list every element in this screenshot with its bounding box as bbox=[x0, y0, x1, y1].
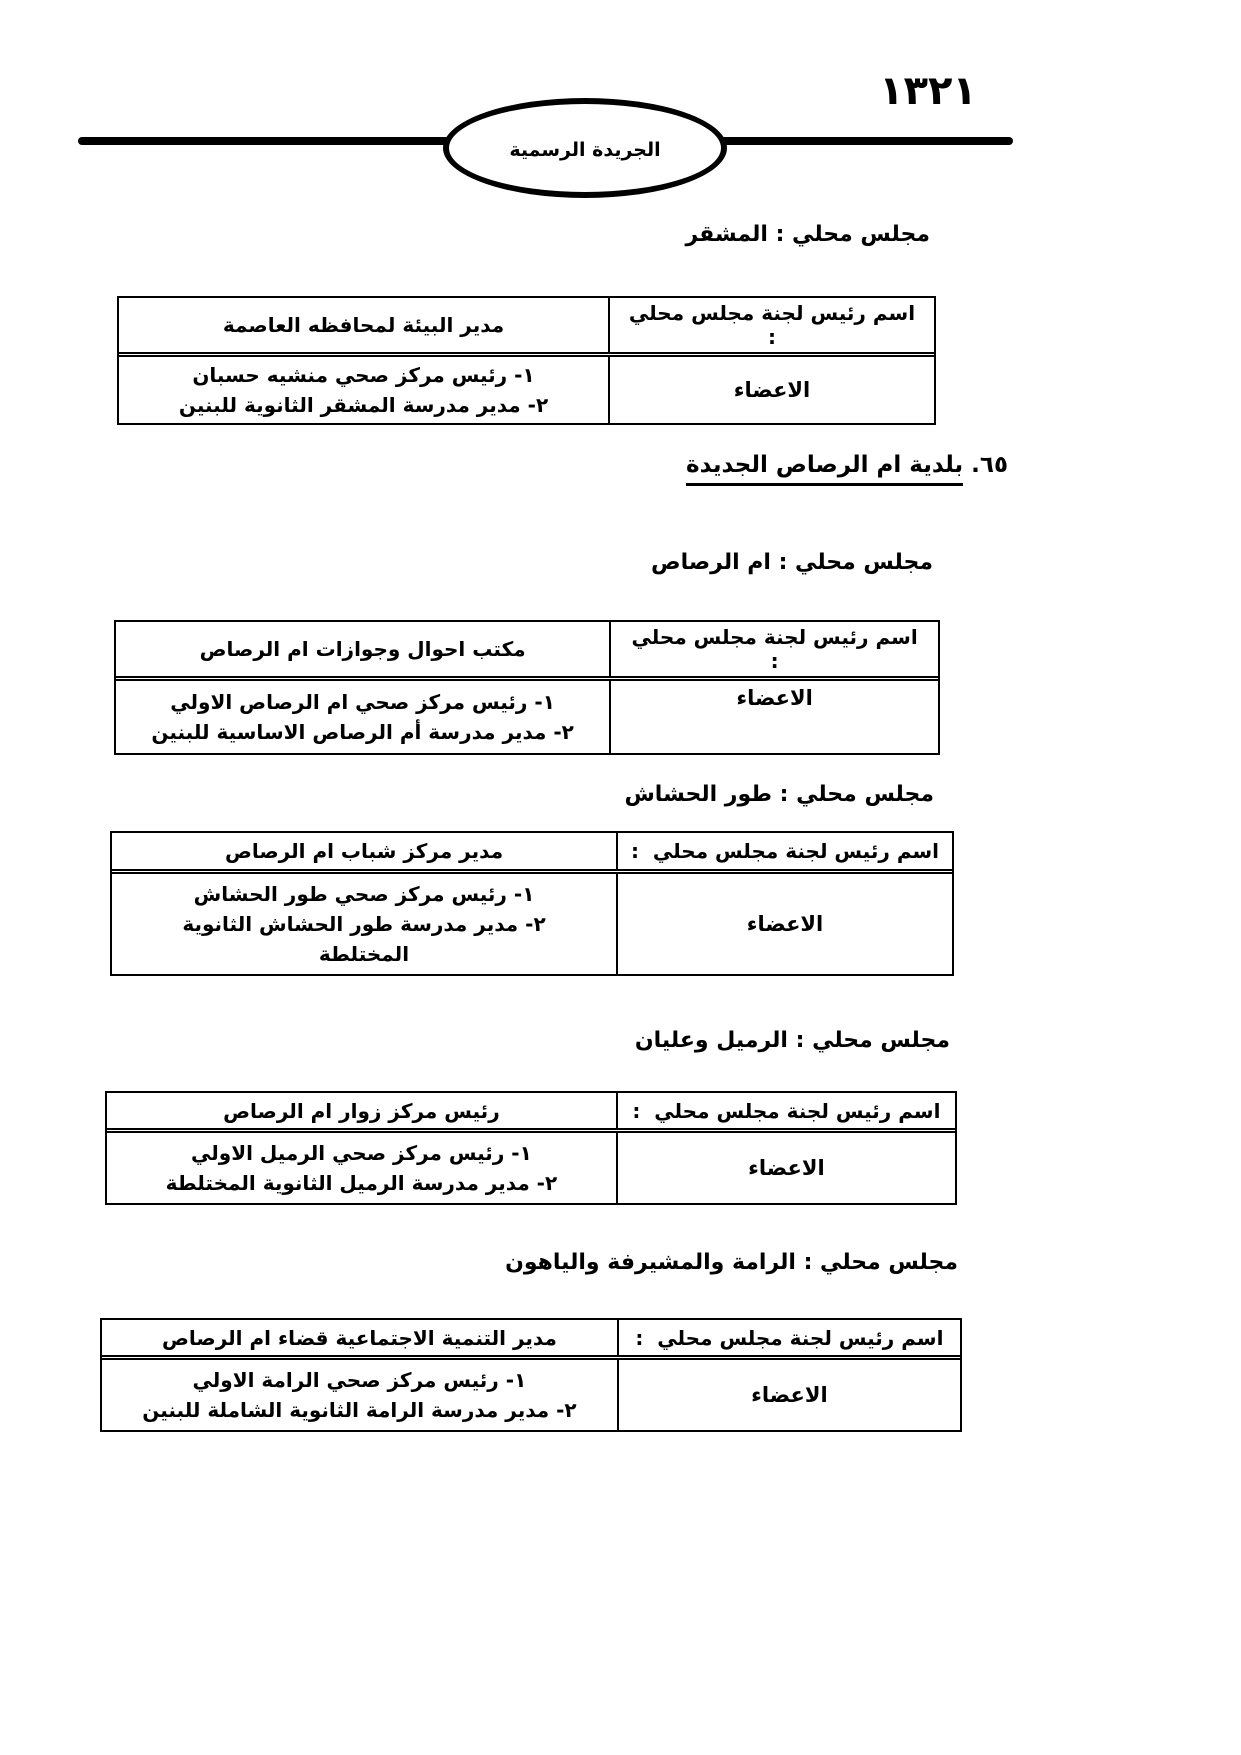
council-heading: مجلس محلي : المشقر bbox=[685, 222, 930, 247]
member-item: ١- رئيس مركز صحي ام الرصاص الاولي bbox=[170, 687, 555, 717]
table-members-row: الاعضاء ١- رئيس مركز صحي ام الرصاص الاول… bbox=[116, 681, 938, 753]
chairman-label-cell: اسم رئيس لجنة مجلس محلي : bbox=[616, 833, 952, 869]
municipality-heading: ٦٥. بلدية ام الرصاص الجديدة bbox=[686, 452, 1008, 486]
table-header-row: اسم رئيس لجنة مجلس محلي : مدير التنمية ا… bbox=[102, 1320, 960, 1360]
page-number: ١٣٢١ bbox=[858, 68, 998, 114]
chairman-value-cell: مدير مركز شباب ام الرصاص bbox=[112, 833, 616, 869]
member-item: ١- رئيس مركز صحي منشيه حسبان bbox=[192, 360, 534, 390]
members-list-cell: ١- رئيس مركز صحي ام الرصاص الاولي ٢- مدي… bbox=[116, 681, 609, 753]
table-header-row: اسم رئيس لجنة مجلس محلي : مكتب احوال وجو… bbox=[116, 622, 938, 681]
member-item: ٢- مدير مدرسة طور الحشاش الثانوية المختل… bbox=[172, 909, 557, 969]
table-members-row: الاعضاء ١- رئيس مركز صحي الرميل الاولي ٢… bbox=[107, 1133, 955, 1203]
council-heading: مجلس محلي : الرميل وعليان bbox=[635, 1028, 950, 1053]
chairman-label-cell: اسم رئيس لجنة مجلس محلي : bbox=[609, 622, 938, 676]
chairman-value-cell: مدير البيئة لمحافظه العاصمة bbox=[119, 298, 608, 352]
member-item: ١- رئيس مركز صحي طور الحشاش bbox=[194, 879, 535, 909]
table-header-row: اسم رئيس لجنة مجلس محلي : مدير مركز شباب… bbox=[112, 833, 952, 874]
members-list-cell: ١- رئيس مركز صحي منشيه حسبان ٢- مدير مدر… bbox=[119, 357, 608, 423]
member-item: ٢- مدير مدرسة أم الرصاص الاساسية للبنين bbox=[151, 717, 574, 747]
member-item: ١- رئيس مركز صحي الرامة الاولي bbox=[193, 1365, 527, 1395]
council-heading: مجلس محلي : ام الرصاص bbox=[651, 550, 933, 575]
council-table: اسم رئيس لجنة مجلس محلي : مكتب احوال وجو… bbox=[114, 620, 940, 755]
members-list-cell: ١- رئيس مركز صحي طور الحشاش ٢- مدير مدرس… bbox=[112, 874, 616, 974]
members-label-cell: الاعضاء bbox=[608, 357, 934, 423]
members-list-cell: ١- رئيس مركز صحي الرميل الاولي ٢- مدير م… bbox=[107, 1133, 616, 1203]
council-table: اسم رئيس لجنة مجلس محلي : مدير البيئة لم… bbox=[117, 296, 936, 425]
table-header-row: اسم رئيس لجنة مجلس محلي : رئيس مركز زوار… bbox=[107, 1093, 955, 1133]
members-label-cell: الاعضاء bbox=[609, 681, 938, 753]
council-table: اسم رئيس لجنة مجلس محلي : رئيس مركز زوار… bbox=[105, 1091, 957, 1205]
municipality-title: بلدية ام الرصاص الجديدة bbox=[686, 452, 963, 486]
municipality-number: ٦٥. bbox=[971, 452, 1008, 478]
gazette-page: { "page": { "number": "١٣٢١", "banner": … bbox=[0, 0, 1241, 1755]
gazette-banner-ellipse: الجريدة الرسمية bbox=[443, 98, 727, 198]
table-members-row: الاعضاء ١- رئيس مركز صحي طور الحشاش ٢- م… bbox=[112, 874, 952, 974]
council-table: اسم رئيس لجنة مجلس محلي : مدير مركز شباب… bbox=[110, 831, 954, 976]
members-label-cell: الاعضاء bbox=[616, 874, 952, 974]
member-item: ٢- مدير مدرسة الرامة الثانوية الشاملة لل… bbox=[142, 1395, 576, 1425]
chairman-value-cell: مدير التنمية الاجتماعية قضاء ام الرصاص bbox=[102, 1320, 617, 1355]
member-item: ١- رئيس مركز صحي الرميل الاولي bbox=[191, 1138, 532, 1168]
chairman-label-cell: اسم رئيس لجنة مجلس محلي : bbox=[617, 1320, 960, 1355]
table-header-row: اسم رئيس لجنة مجلس محلي : مدير البيئة لم… bbox=[119, 298, 934, 357]
members-list-cell: ١- رئيس مركز صحي الرامة الاولي ٢- مدير م… bbox=[102, 1360, 617, 1430]
chairman-value-cell: مكتب احوال وجوازات ام الرصاص bbox=[116, 622, 609, 676]
chairman-label-cell: اسم رئيس لجنة مجلس محلي : bbox=[616, 1093, 955, 1128]
members-label-cell: الاعضاء bbox=[617, 1360, 960, 1430]
chairman-value-cell: رئيس مركز زوار ام الرصاص bbox=[107, 1093, 616, 1128]
member-item: ٢- مدير مدرسة الرميل الثانوية المختلطة bbox=[166, 1168, 558, 1198]
council-heading: مجلس محلي : الرامة والمشيرفة والياهون bbox=[505, 1250, 958, 1275]
members-label-cell: الاعضاء bbox=[616, 1133, 955, 1203]
member-item: ٢- مدير مدرسة المشقر الثانوية للبنين bbox=[179, 390, 548, 420]
council-heading: مجلس محلي : طور الحشاش bbox=[624, 782, 934, 807]
table-members-row: الاعضاء ١- رئيس مركز صحي الرامة الاولي ٢… bbox=[102, 1360, 960, 1430]
chairman-label-cell: اسم رئيس لجنة مجلس محلي : bbox=[608, 298, 934, 352]
table-members-row: الاعضاء ١- رئيس مركز صحي منشيه حسبان ٢- … bbox=[119, 357, 934, 423]
council-table: اسم رئيس لجنة مجلس محلي : مدير التنمية ا… bbox=[100, 1318, 962, 1432]
gazette-banner-text: الجريدة الرسمية bbox=[509, 135, 660, 161]
